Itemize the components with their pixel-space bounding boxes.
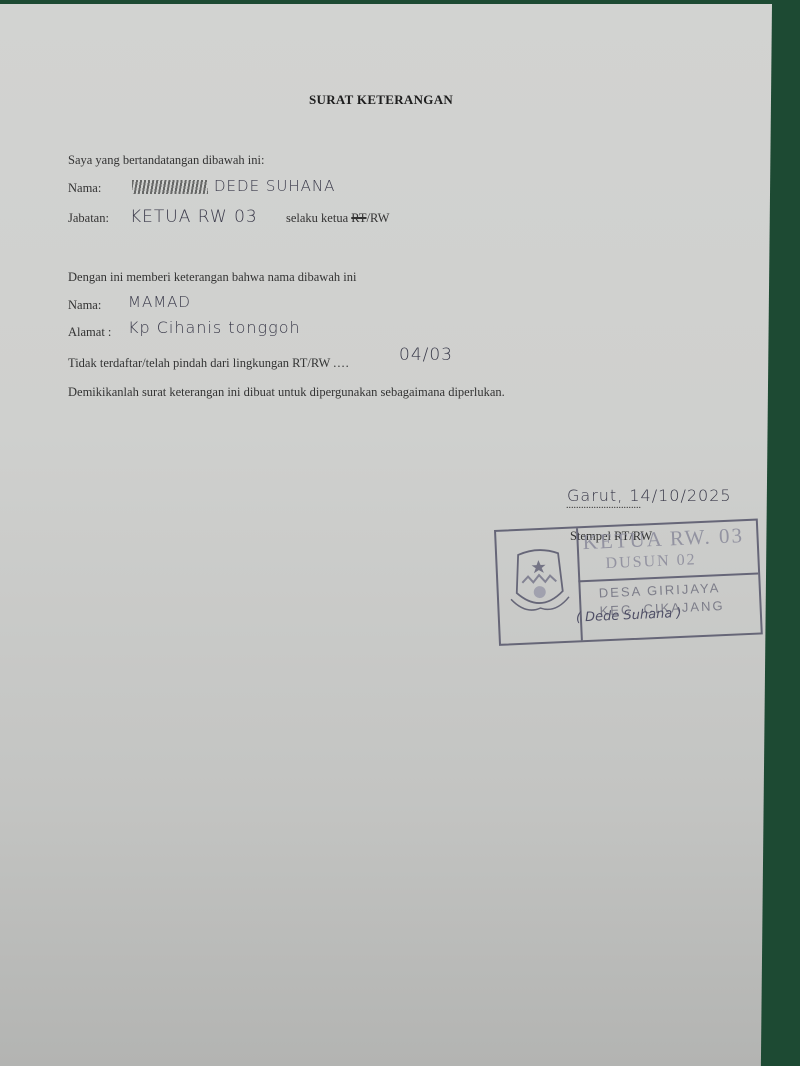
document-title: SURAT KETERANGAN xyxy=(309,92,453,108)
rt-rw-value: 04/03 xyxy=(399,345,453,365)
subject-address-value: Kp Cihanis tonggoh xyxy=(128,318,301,337)
signer-name-value: DEDE SUHANA xyxy=(214,177,335,195)
signer-role: selaku ketua RT/RW xyxy=(286,211,389,226)
stamp-line1: KETUA RW. 03 xyxy=(582,523,744,555)
official-stamp: KETUA RW. 03 DUSUN 02 DESA GIRIJAYA KEC.… xyxy=(494,518,763,645)
not-registered-label: Tidak terdaftar/telah pindah dari lingku… xyxy=(68,356,330,370)
letter: SURAT KETERANGAN Saya yang bertandatanga… xyxy=(0,0,800,1066)
signer-name-label: Nama: xyxy=(68,181,101,196)
role-struck: RT xyxy=(351,211,366,225)
stamp-divider xyxy=(578,573,758,583)
stamp-emblem-box xyxy=(496,528,583,643)
stamp-signature: ( Dede Suhana ) xyxy=(576,606,682,626)
signer-position-label: Jabatan: xyxy=(68,211,109,226)
regency-emblem-icon xyxy=(503,541,576,624)
stamp-line2: DUSUN 02 xyxy=(605,551,697,573)
role-suffix: /RW xyxy=(367,211,390,225)
dots: .... xyxy=(333,356,350,370)
subject-name-value: MAMAD xyxy=(128,293,191,311)
place-date-dots: .............................. xyxy=(566,500,641,511)
not-registered-text: Tidak terdaftar/telah pindah dari lingku… xyxy=(68,356,350,371)
intro-text: Saya yang bertandatangan dibawah ini: xyxy=(68,153,264,168)
subject-name-label: Nama: xyxy=(68,298,101,313)
statement-text: Dengan ini memberi keterangan bahwa nama… xyxy=(68,270,356,285)
crossed-out-name xyxy=(132,180,208,194)
role-prefix: selaku ketua xyxy=(286,211,351,225)
closing-text: Demikikanlah surat keterangan ini dibuat… xyxy=(68,385,505,400)
subject-address-label: Alamat : xyxy=(68,325,111,340)
stamp-line3: DESA GIRIJAYA xyxy=(599,580,721,600)
signer-position-value: KETUA RW 03 xyxy=(130,207,258,227)
